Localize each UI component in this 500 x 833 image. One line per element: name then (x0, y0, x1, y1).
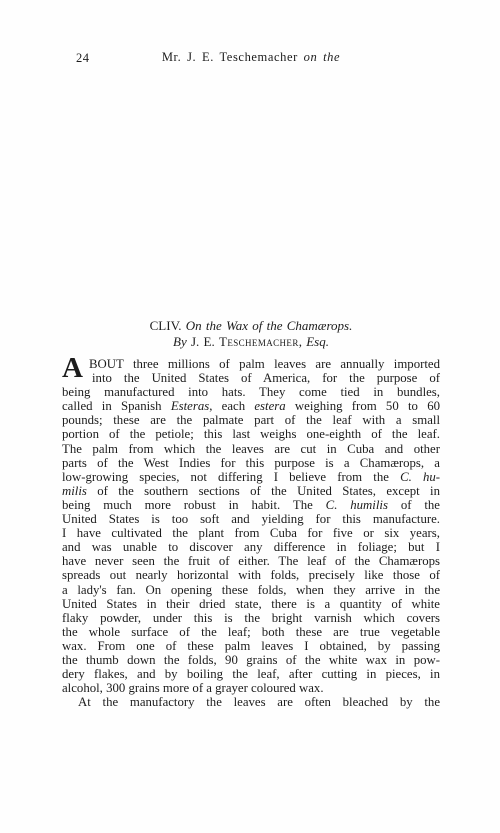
article-byline: By J. E. Teschemacher, Esq. (62, 334, 440, 350)
body-line: the thumb down the folds, 90 grains of t… (62, 653, 440, 667)
body-line: I have cultivated the plant from Cuba fo… (62, 526, 440, 540)
body-line: wax. From one of these palm leaves I obt… (62, 639, 440, 653)
italic-text-run: milis (62, 484, 87, 498)
body-line: into the United States of America, for t… (62, 371, 440, 385)
text-run: low-growing species, not differing I bel… (62, 470, 400, 484)
body-line: milis of the southern sections of the Un… (62, 484, 440, 498)
running-header: 24 Mr. J. E. Teschemacher on the (62, 50, 440, 68)
text-run: portion of the petiole; this last weighs… (62, 427, 440, 441)
body-line: alcohol, 300 grains more of a grayer col… (62, 681, 440, 695)
text-run: , each (209, 399, 254, 413)
scanned-document-page: 24 Mr. J. E. Teschemacher on the CLIV. O… (0, 0, 500, 833)
article-title: CLIV. On the Wax of the Chamærops. (62, 318, 440, 334)
text-run: At the manufactory the leaves are often … (78, 695, 440, 709)
text-run: have never seen the fruit of either. The… (62, 554, 440, 568)
body-line: parts of the West Indies for this purpos… (62, 456, 440, 470)
text-run: and was unable to discover any differenc… (62, 540, 440, 554)
text-run: The palm from which the leaves are cut i… (62, 442, 440, 456)
body-line: At the manufactory the leaves are often … (62, 695, 440, 709)
text-run: spreads out nearly horizontal with folds… (62, 568, 440, 582)
text-run: the whole surface of the leaf; both thes… (62, 625, 440, 639)
text-run: United States is too soft and yielding f… (62, 512, 440, 526)
text-run: flaky powder, under this is the bright v… (62, 611, 440, 625)
body-line: BOUT three millions of palm leaves are a… (62, 357, 440, 371)
text-run: weighing from 50 to 60 (286, 399, 440, 413)
running-title: Mr. J. E. Teschemacher on the (62, 50, 440, 65)
page-number: 24 (76, 51, 90, 66)
body-line: spreads out nearly horizontal with folds… (62, 568, 440, 582)
body-line: a lady's fan. On opening these folds, wh… (62, 583, 440, 597)
text-run: the thumb down the folds, 90 grains of t… (62, 653, 440, 667)
text-run: dery flakes, and by boiling the leaf, af… (62, 667, 440, 681)
text-run: being much more robust in habit. The (62, 498, 326, 512)
text-run: a lady's fan. On opening these folds, wh… (62, 583, 440, 597)
italic-text-run: By (173, 334, 187, 349)
text-run: being manufactured into hats. They come … (62, 385, 440, 399)
body-line: called in Spanish Esteras, each estera w… (62, 399, 440, 413)
text-run: I have cultivated the plant from Cuba fo… (62, 526, 440, 540)
text-run: BOUT three millions of palm leaves are a… (89, 357, 440, 371)
text-run: alcohol, 300 grains more of a grayer col… (62, 681, 324, 695)
text-run: United States in their dried state, ther… (62, 597, 440, 611)
body-line: and was unable to discover any differenc… (62, 540, 440, 554)
text-run: called in Spanish (62, 399, 171, 413)
body-line: flaky powder, under this is the bright v… (62, 611, 440, 625)
text-run: of the southern sections of the United S… (87, 484, 440, 498)
body-line: United States is too soft and yielding f… (62, 512, 440, 526)
body-line: The palm from which the leaves are cut i… (62, 442, 440, 456)
article-title-block: CLIV. On the Wax of the Chamærops. By J.… (62, 318, 440, 350)
drop-cap: A (62, 355, 83, 382)
body-line: United States in their dried state, ther… (62, 597, 440, 611)
body-line: being manufactured into hats. They come … (62, 385, 440, 399)
italic-text-run: Esq. (306, 334, 329, 349)
italic-text-run: C. hu- (400, 470, 440, 484)
text-run: parts of the West Indies for this purpos… (62, 456, 440, 470)
smallcaps-text-run: Teschemacher (219, 334, 299, 349)
body-line: pounds; these are the palmate part of th… (62, 413, 440, 427)
italic-text-run: On the Wax of the Chamærops. (186, 318, 353, 333)
body-text: A BOUT three millions of palm leaves are… (62, 357, 440, 709)
text-run: pounds; these are the palmate part of th… (62, 413, 440, 427)
italic-text-run: C. humilis (326, 498, 388, 512)
italic-text-run: Esteras (171, 399, 209, 413)
text-run: Mr. J. E. Teschemacher (162, 50, 304, 64)
body-line: low-growing species, not differing I bel… (62, 470, 440, 484)
body-line: portion of the petiole; this last weighs… (62, 427, 440, 441)
text-run: into the United States of America, for t… (92, 371, 440, 385)
body-line: dery flakes, and by boiling the leaf, af… (62, 667, 440, 681)
body-line: have never seen the fruit of either. The… (62, 554, 440, 568)
body-line: the whole surface of the leaf; both thes… (62, 625, 440, 639)
text-run: of the (388, 498, 440, 512)
italic-text-run: estera (254, 399, 285, 413)
text-run: wax. From one of these palm leaves I obt… (62, 639, 440, 653)
body-line: being much more robust in habit. The C. … (62, 498, 440, 512)
body-lines: BOUT three millions of palm leaves are a… (62, 357, 440, 709)
italic-text-run: on the (304, 50, 341, 64)
text-run: CLIV. (150, 318, 186, 333)
text-run: J. E. (187, 334, 219, 349)
